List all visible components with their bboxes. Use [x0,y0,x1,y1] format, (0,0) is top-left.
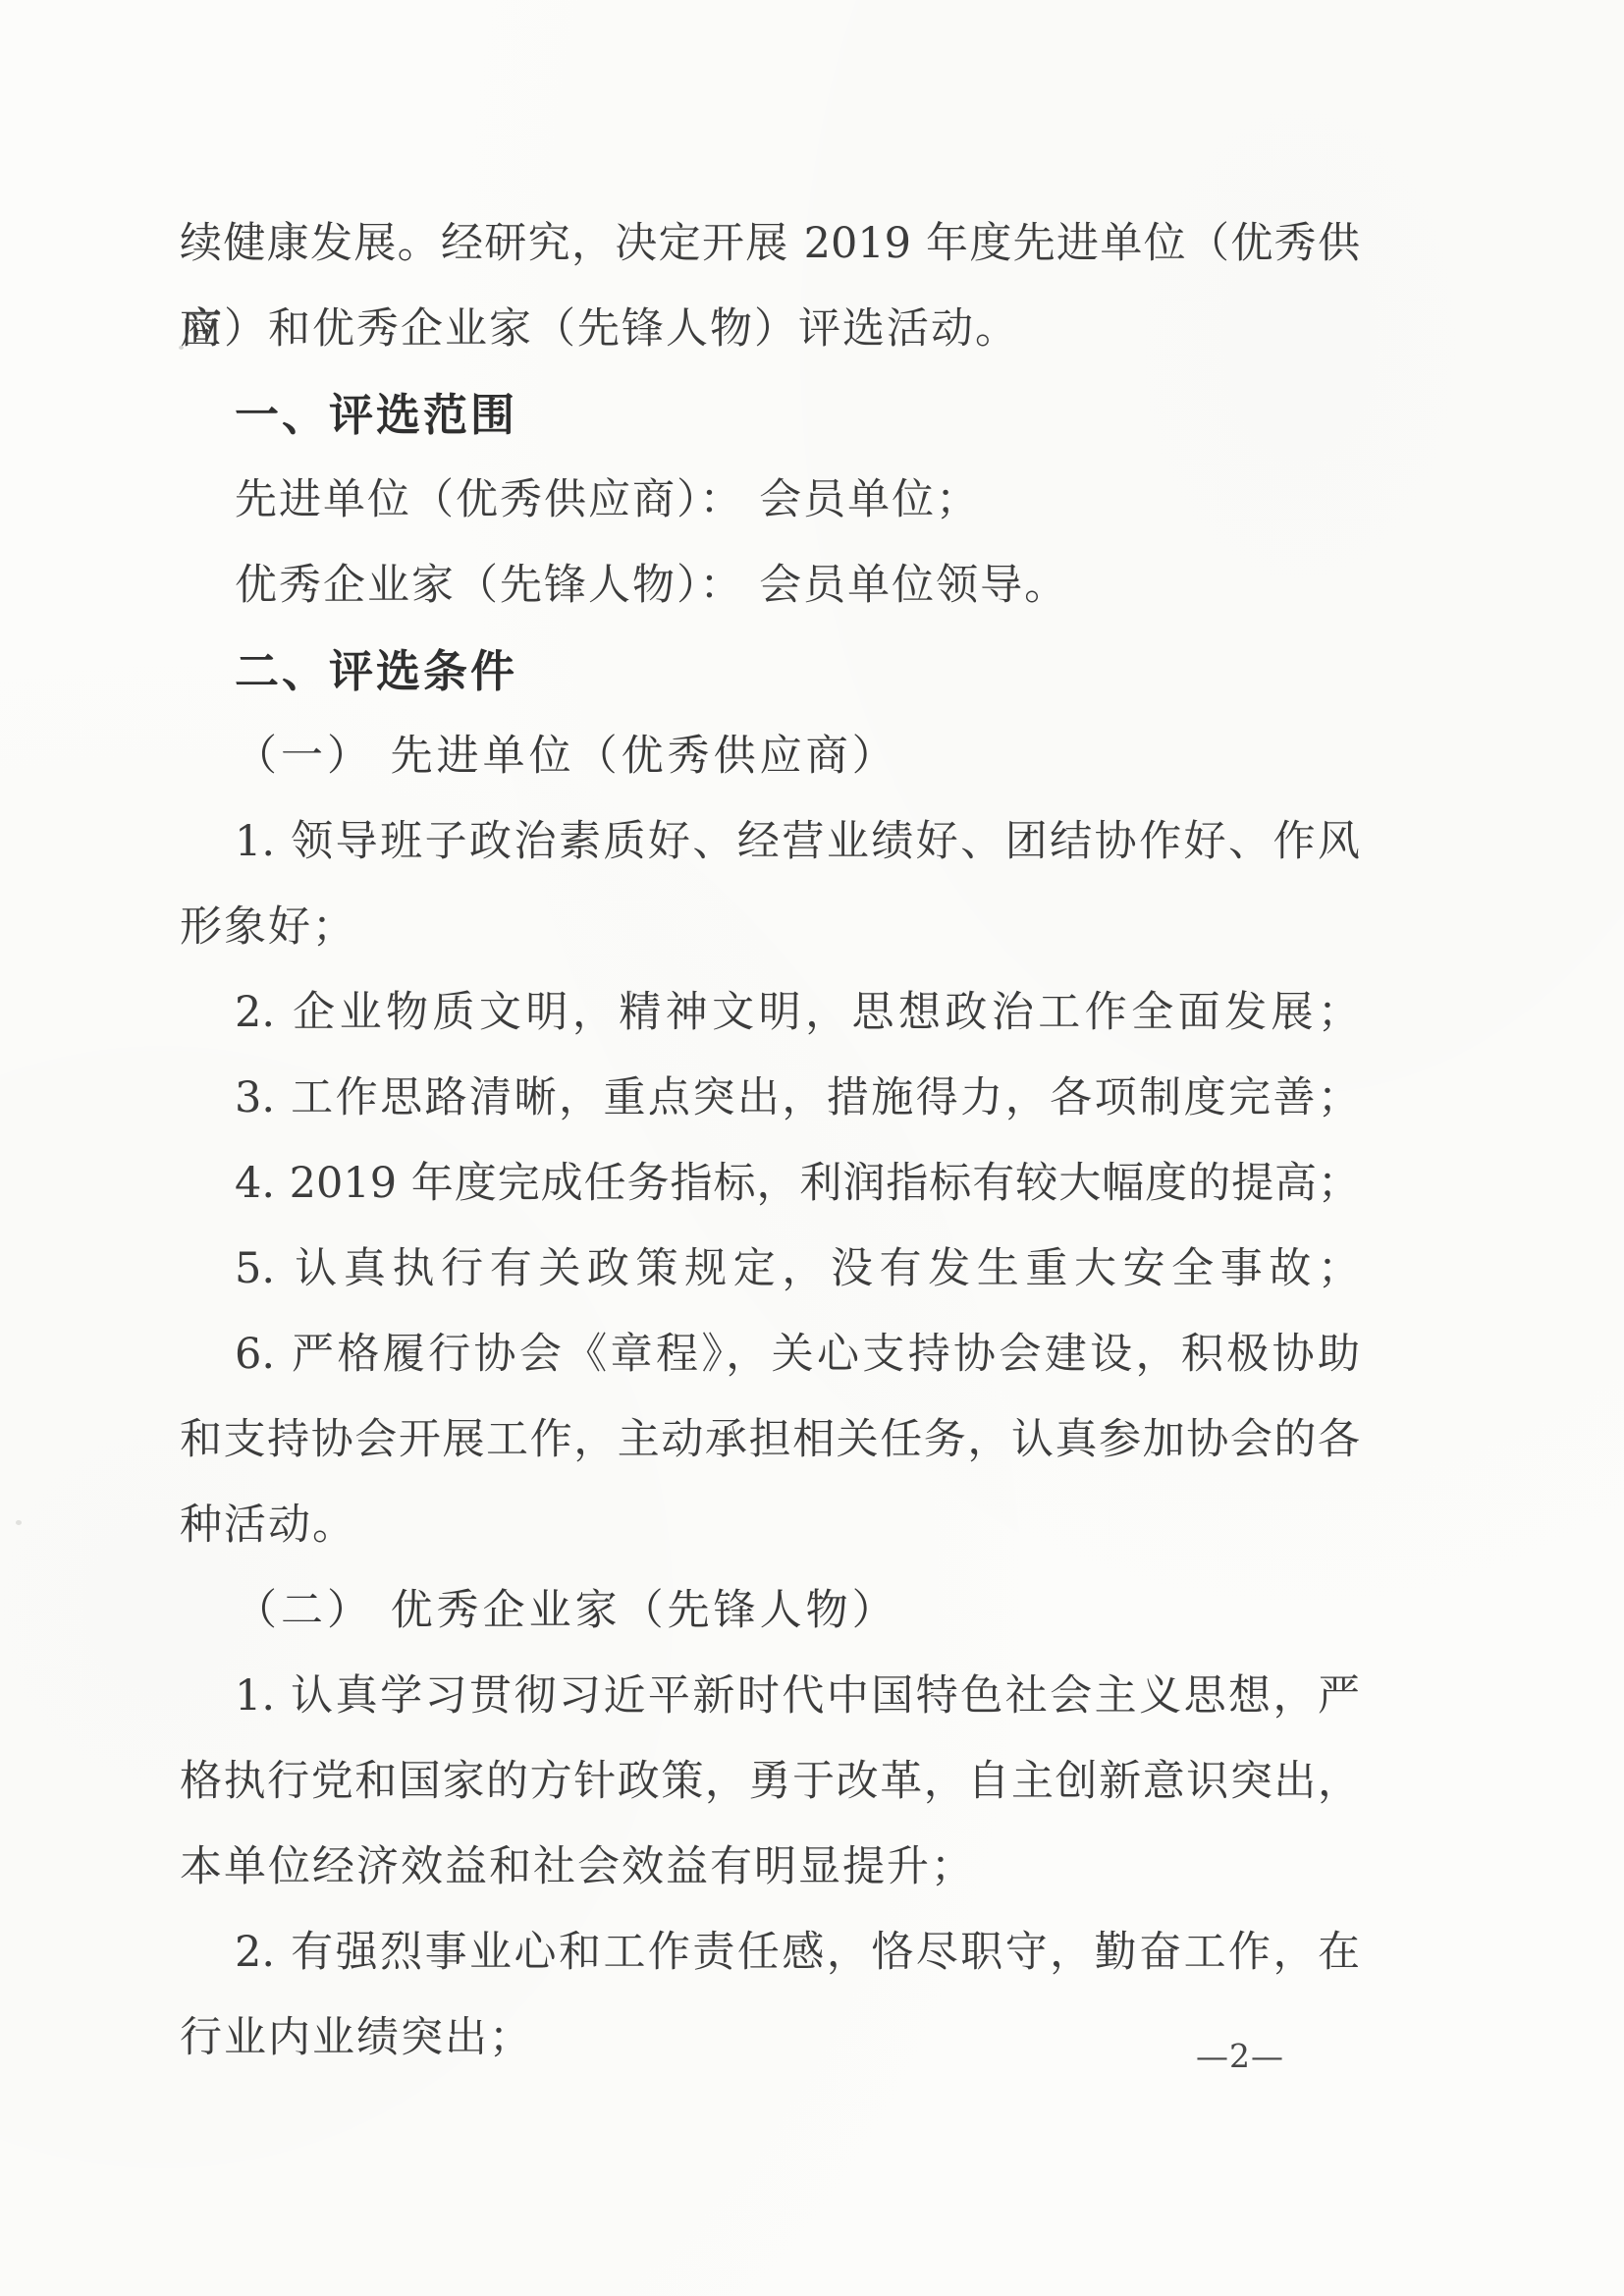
text-line: 3. 工作思路清晰，重点突出，措施得力，各项制度完善； [180,1056,1360,1141]
text-line: （二） 优秀企业家（先锋人物） [180,1568,1360,1654]
text-line: 6. 严格履行协会《章程》，关心支持协会建设，积极协助 [180,1312,1360,1397]
text-line: 续健康发展。经研究，决定开展 2019 年度先进单位（优秀供应 [180,201,1360,287]
scan-speck [16,1520,22,1525]
scan-speck [628,990,632,994]
text-line: 一、评选范围 [180,372,1360,458]
text-line: 和支持协会开展工作，主动承担相关任务，认真参加协会的各 [180,1397,1360,1483]
text-line: 优秀企业家（先锋人物）： 会员单位领导。 [180,543,1360,629]
text-line: 先进单位（优秀供应商）： 会员单位； [180,458,1360,543]
text-line: 行业内业绩突出； [180,1995,1360,2081]
text-line: 1. 领导班子政治素质好、经营业绩好、团结协作好、作风 [180,799,1360,885]
text-line: 商）和优秀企业家（先锋人物）评选活动。 [180,287,1360,372]
text-line: 二、评选条件 [180,629,1360,714]
text-line: 2. 有强烈事业心和工作责任感，恪尽职守，勤奋工作，在 [180,1910,1360,1995]
text-line: 本单位经济效益和社会效益有明显提升； [180,1825,1360,1910]
text-line: 2. 企业物质文明，精神文明，思想政治工作全面发展； [180,970,1360,1056]
page-number: —2— [1196,2035,1284,2078]
document-body: 续健康发展。经研究，决定开展 2019 年度先进单位（优秀供应商）和优秀企业家（… [180,201,1360,2081]
text-line: （一） 先进单位（优秀供应商） [180,714,1360,799]
scan-speck [179,346,184,350]
text-line: 1. 认真学习贯彻习近平新时代中国特色社会主义思想，严 [180,1654,1360,1739]
text-line: 5. 认真执行有关政策规定，没有发生重大安全事故； [180,1227,1360,1312]
scanned-document-page: 续健康发展。经研究，决定开展 2019 年度先进单位（优秀供应商）和优秀企业家（… [0,0,1624,2296]
text-line: 4. 2019 年度完成任务指标，利润指标有较大幅度的提高； [180,1141,1360,1227]
text-line: 形象好； [180,885,1360,970]
text-line: 格执行党和国家的方针政策，勇于改革，自主创新意识突出， [180,1739,1360,1825]
text-line: 种活动。 [180,1483,1360,1568]
